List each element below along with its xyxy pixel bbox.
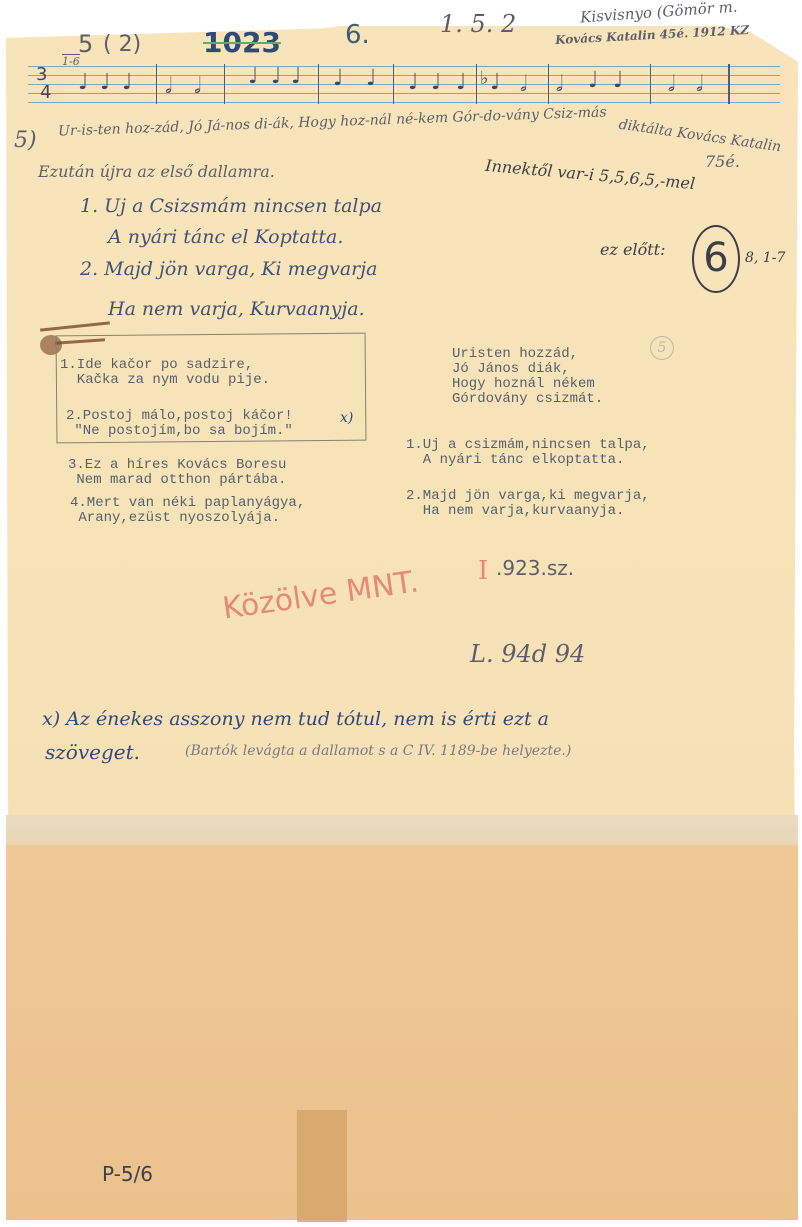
typed-right-verse2-line1: 2.Majd jön varga,ki megvarja,: [406, 489, 650, 504]
typed-left-verse2-line1: 2.Postoj málo,postoj káčor!: [66, 409, 293, 424]
typed-left-verse4-line2: Arany,ezüst nyoszolyája.: [70, 511, 280, 526]
note-icon: ♩: [333, 66, 343, 91]
note-icon: ♩: [78, 70, 88, 95]
note-icon: ♩: [122, 70, 132, 95]
typed-left-verse1-line1: 1.Ide kačor po sadzire,: [60, 358, 253, 373]
typed-left-verse4-line1: 4.Mert van néki paplanyágya,: [70, 496, 305, 511]
note-icon: ♩: [588, 68, 598, 93]
typed-right-verse2-line2: Ha nem varja,kurvaanyja.: [406, 504, 624, 519]
publication-number: .923.sz.: [496, 556, 574, 580]
hw-verse1-line2: A nyári tánc el Koptatta.: [108, 226, 343, 248]
note-icon: ♩: [431, 70, 441, 95]
header-six: 6.: [345, 20, 370, 50]
flat-icon: ♭: [480, 68, 489, 89]
tape-piece: [297, 1110, 347, 1222]
typed-left-verse1-line2: Kačka za nym vodu pije.: [60, 373, 270, 388]
typed-right-verse1-line2: A nyári tánc elkoptatta.: [406, 453, 624, 468]
before-ref: 8, 1-7: [745, 250, 785, 266]
verse-marker: 5): [14, 128, 37, 153]
place-name: Kisvisnyo (Gömör m.: [580, 0, 739, 26]
typed-right-intro-line1: Uristen hozzád,: [452, 347, 578, 362]
typed-right-intro-line3: Hogy hoznál nékem: [452, 377, 595, 392]
note-icon: ♩: [490, 70, 500, 95]
half-note-icon: 𝅗𝅥: [194, 74, 201, 99]
faint-circled-five: 5: [650, 336, 674, 360]
note-icon: ♩: [456, 70, 466, 95]
half-note-icon: 𝅗𝅥: [696, 72, 703, 97]
typed-right-intro-line2: Jó János diák,: [452, 362, 570, 377]
tape-strip: [6, 815, 798, 845]
note-icon: ♩: [291, 64, 301, 89]
volume-numeral: I: [478, 556, 488, 586]
header-number: 5: [78, 30, 93, 58]
before-label: ez előtt:: [600, 240, 665, 259]
hw-verse2-line2: Ha nem varja, Kurvaanyja.: [108, 298, 365, 320]
half-note-icon: 𝅗𝅥: [556, 72, 563, 97]
typed-left-verse3-line1: 3.Ez a híres Kovács Boresu: [68, 458, 286, 473]
hw-verse2-line1: 2. Majd jön varga, Ki megvarja: [80, 258, 377, 280]
note-icon: ♩: [366, 66, 376, 91]
typed-left-verse2-line2: "Ne postojím,bo sa bojím.": [66, 424, 293, 439]
archive-code: P-5/6: [102, 1162, 153, 1186]
music-staff: 3 4 ♩ ♩ ♩ 𝅗𝅥 𝅗𝅥 ♩ ♩ ♩ ♩ ♩ ♩ ♩ ♩ ♭ ♩ 𝅗𝅥 𝅗…: [28, 62, 780, 106]
footnote-line1: x) Az énekes asszony nem tud tótul, nem …: [42, 708, 549, 730]
catalog-number: 1. 5. 2: [440, 10, 516, 38]
footnote-line2-ink: szöveget.: [45, 740, 140, 764]
half-note-icon: 𝅗𝅥: [668, 72, 675, 97]
half-note-icon: 𝅗𝅥: [165, 74, 172, 99]
note-icon: ♩: [271, 64, 281, 89]
circled-six: 6: [692, 225, 740, 293]
note-icon: ♩: [408, 70, 418, 95]
time-signature-bottom: 4: [40, 82, 51, 103]
header-number-paren: ( 2): [103, 32, 141, 57]
sung-again-note: Ezután újra az első dallamra.: [38, 162, 275, 181]
signature: L. 94d 94: [470, 640, 585, 668]
crossed-number: 1023: [203, 26, 281, 59]
note-icon: ♩: [100, 70, 110, 95]
typed-right-intro-line4: Górdovány csizmát.: [452, 392, 603, 407]
singer-age: 75é.: [705, 152, 740, 171]
hw-verse1-line1: 1. Uj a Csizsmám nincsen talpa: [80, 195, 382, 217]
note-icon: ♩: [248, 64, 258, 89]
footnote-marker: x): [340, 410, 353, 426]
typed-left-verse3-line2: Nem marad otthon pártába.: [68, 473, 286, 488]
footnote-line2-pencil: (Bartók levágta a dallamot s a C IV. 118…: [185, 743, 571, 759]
half-note-icon: 𝅗𝅥: [520, 72, 527, 97]
note-icon: ♩: [613, 68, 623, 93]
typed-right-verse1-line1: 1.Uj a csizmám,nincsen talpa,: [406, 438, 650, 453]
